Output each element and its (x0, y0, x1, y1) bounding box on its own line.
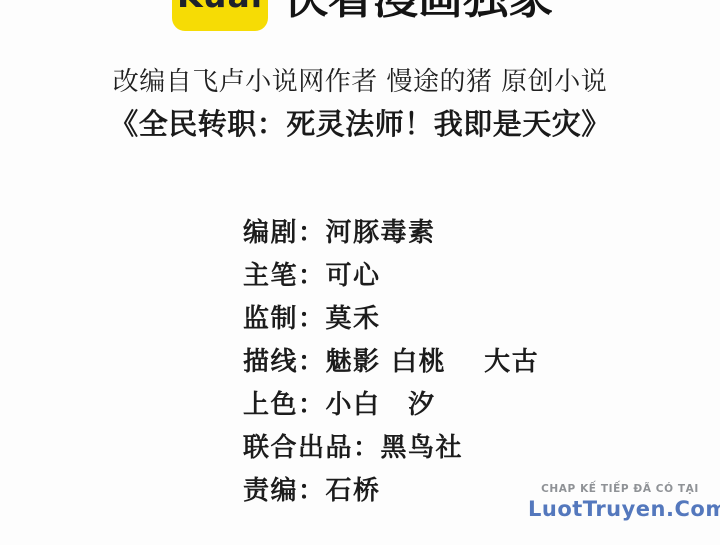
credit-label: 上色： (243, 390, 326, 420)
credit-row-supervisor: 监制：莫禾 (243, 298, 539, 341)
credits-list: 编剧：河豚毒素 主笔：可心 监制：莫禾 描线：魅影 白桃 大古 上色：小白 汐 … (243, 212, 539, 513)
credit-label: 监制： (243, 304, 326, 334)
credit-value: 魅影 白桃 大古 (326, 347, 540, 377)
credit-label: 编剧： (243, 218, 326, 248)
watermark-caption: CHAP KẾ TIẾP ĐÃ CÓ TẠI (528, 483, 712, 495)
brand-header: Kuai 快看漫画独家 (0, 0, 720, 34)
watermark-site-name: LuotTruyen.Com (528, 497, 712, 521)
credit-value: 莫禾 (326, 304, 381, 334)
credit-value: 可心 (326, 261, 381, 291)
credit-label: 责编： (243, 476, 326, 506)
credit-row-editor: 责编：石桥 (243, 470, 539, 513)
credit-label: 联合出品： (243, 433, 381, 463)
credit-value: 小白 汐 (326, 390, 436, 420)
credit-row-coloring: 上色：小白 汐 (243, 384, 539, 427)
comic-credits-page: Kuai 快看漫画独家 改编自飞卢小说网作者 慢途的猪 原创小说 《全民转职：死… (0, 0, 720, 545)
credit-value: 河豚毒素 (326, 218, 436, 248)
credit-value: 黑鸟社 (381, 433, 464, 463)
kuaikan-logo-icon: Kuai (172, 0, 268, 31)
credit-label: 主笔： (243, 261, 326, 291)
credit-row-lineart: 描线：魅影 白桃 大古 (243, 341, 539, 384)
site-watermark: CHAP KẾ TIẾP ĐÃ CÓ TẠI LuotTruyen.Com (528, 483, 712, 521)
brand-title: 快看漫画独家 (283, 0, 553, 22)
credit-row-screenwriter: 编剧：河豚毒素 (243, 212, 539, 255)
kuaikan-logo-text: Kuai (177, 0, 263, 12)
credit-label: 描线： (243, 347, 326, 377)
credit-row-lead-artist: 主笔：可心 (243, 255, 539, 298)
credit-row-co-production: 联合出品：黑鸟社 (243, 427, 539, 470)
credit-value: 石桥 (326, 476, 381, 506)
book-title: 《全民转职：死灵法师！我即是天灾》 (0, 102, 720, 143)
adaptation-credit-line: 改编自飞卢小说网作者 慢途的猪 原创小说 (0, 61, 720, 98)
